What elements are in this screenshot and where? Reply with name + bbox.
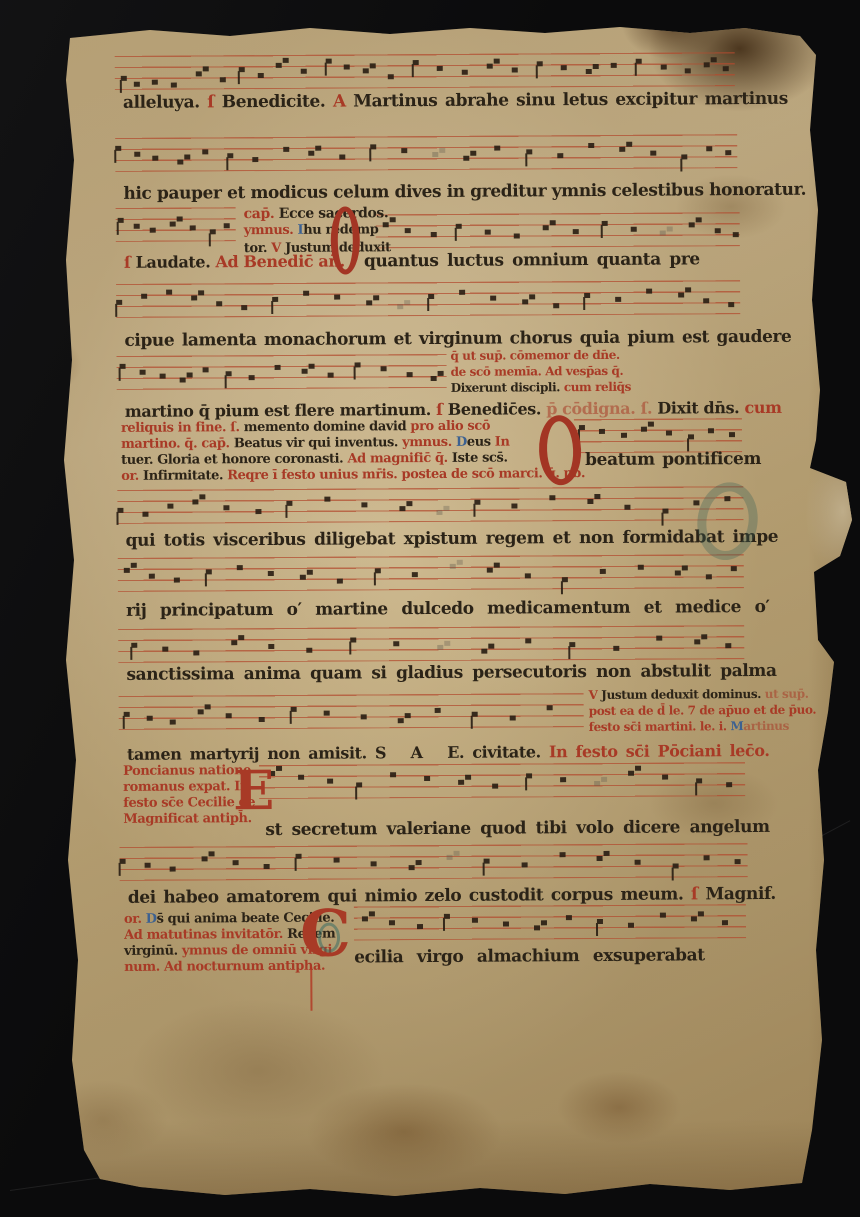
text-segment-rub: ymnus. (402, 435, 456, 450)
neume-icon (390, 772, 396, 777)
text-line: hic pauper et modicus celum dives in gre… (123, 181, 806, 205)
neume-icon (283, 147, 289, 152)
neume-icon (167, 504, 173, 509)
neume-icon (202, 367, 208, 372)
neume-icon (562, 577, 568, 582)
neume-icon (276, 63, 282, 68)
neume-icon (325, 59, 331, 64)
text-segment-rub: In festo sc̄i Pōciani lec̄o. (549, 741, 770, 761)
neume-icon (160, 374, 166, 379)
neume-icon (133, 82, 139, 87)
neume-icon (703, 298, 709, 303)
text-segment-ink: Iste scs̄. (452, 451, 508, 466)
neume-icon (534, 925, 540, 930)
neume-icon (621, 433, 627, 438)
neume-icon (693, 500, 699, 505)
neume-icon (704, 62, 710, 67)
neume-icon (694, 639, 700, 644)
neume-icon (417, 924, 423, 929)
neume-icon (619, 147, 625, 152)
text-segment-rub: ſ (691, 884, 706, 904)
neume-icon (374, 568, 380, 573)
neume-icon (587, 499, 593, 504)
neume-icon (512, 503, 518, 508)
text-line: quantus luctus omnium quanta pre (364, 250, 700, 272)
neume-icon (286, 501, 292, 506)
text-segment-ink: Magnif. (705, 884, 775, 904)
neume-icon (613, 646, 619, 651)
neume-icon (153, 156, 159, 161)
music-staff (120, 843, 748, 881)
neume-icon (526, 149, 532, 154)
neume-icon (224, 223, 230, 228)
neume-icon (708, 428, 714, 433)
initial-E-est: E (233, 763, 275, 817)
text-segment-rub: Ad matutinas invitatōr. (124, 927, 287, 943)
neume-icon (174, 578, 180, 583)
neume-icon (512, 67, 518, 72)
neume-icon (190, 225, 196, 230)
neume-icon (291, 707, 297, 712)
neume-icon (657, 636, 663, 641)
text-segment-rub: ymnus. (244, 223, 298, 238)
neume-icon (116, 300, 122, 305)
neume-icon (226, 713, 232, 718)
text-segment-ink: tamen martyrij non amisit. S A E. civita… (127, 742, 549, 764)
music-staff (117, 486, 743, 524)
neume-icon (662, 509, 668, 514)
neume-icon (412, 572, 418, 577)
neume-icon (572, 229, 578, 234)
neume-icon (678, 292, 684, 297)
text-line: ecilia virgo almachium exsuperabat (354, 946, 705, 968)
neume-icon (198, 709, 204, 714)
neume-icon (323, 711, 329, 716)
text-segment-rub: ſ (207, 92, 222, 112)
text-segment-rub: martino. q̄. cap̄. (121, 436, 234, 452)
text-line: alleluya. ſ Benedicite. A Martinus abrah… (123, 90, 788, 114)
neume-icon (333, 858, 339, 863)
neume-icon (597, 919, 603, 924)
neume-icon (459, 290, 465, 295)
neume-icon (435, 708, 441, 713)
neume-icon (227, 153, 233, 158)
neume-icon (225, 371, 231, 376)
music-staff (118, 554, 744, 592)
neume-icon (559, 852, 565, 857)
neume-icon (611, 63, 617, 68)
neume-icon (672, 863, 678, 868)
neume-icon (491, 296, 497, 301)
neume-icon (257, 73, 263, 78)
neume-icon (481, 649, 487, 654)
neume-icon (691, 916, 697, 921)
neume-icon (597, 856, 603, 861)
text-line: num. Ad nocturnum antipha. (124, 960, 325, 976)
neume-icon (356, 782, 362, 787)
music-staff (376, 212, 740, 248)
neume-icon (474, 500, 480, 505)
neume-icon (220, 77, 226, 82)
neume-icon (147, 716, 153, 721)
neume-icon (450, 564, 456, 569)
neume-icon (120, 859, 126, 864)
neume-icon (430, 376, 436, 381)
text-line: sanctissima anima quam si gladius persec… (126, 662, 776, 686)
neume-icon (370, 144, 376, 149)
neume-icon (624, 505, 630, 510)
neume-icon (525, 638, 531, 643)
text-line: rij principatum o′ martine dulcedo medic… (126, 598, 770, 621)
neume-icon (360, 714, 366, 719)
neume-icon (601, 221, 607, 226)
neume-icon (588, 143, 594, 148)
manuscript-content: alleluya. ſ Benedicite. A Martinus abrah… (0, 0, 860, 1217)
text-line: cap̄. Ecce sacerdos. (244, 205, 389, 222)
text-segment-blu: D (456, 435, 467, 450)
neume-icon (553, 303, 559, 308)
neume-icon (327, 779, 333, 784)
text-segment-rub: V (589, 688, 602, 702)
neume-icon (408, 865, 414, 870)
neume-icon (689, 222, 695, 227)
music-staff (115, 52, 735, 90)
neume-icon (149, 574, 155, 579)
neume-icon (660, 231, 666, 236)
neume-icon (363, 68, 369, 73)
text-segment-rub: Ad Benedic̄ an̄. (215, 252, 344, 272)
neume-icon (728, 302, 734, 307)
neume-icon (145, 863, 151, 868)
neume-icon (209, 229, 215, 234)
neume-icon (142, 512, 148, 517)
music-staff (574, 418, 742, 453)
text-segment-ink: qui totis visceribus diligebat xpistum r… (126, 527, 779, 551)
neume-icon (650, 151, 656, 156)
neume-icon (202, 149, 208, 154)
neume-icon (666, 431, 672, 436)
neume-icon (324, 497, 330, 502)
music-staff (354, 904, 746, 940)
neume-icon (193, 650, 199, 655)
neume-icon (437, 66, 443, 71)
neume-icon (566, 915, 572, 920)
neume-icon (543, 225, 549, 230)
text-segment-rub: A (333, 91, 353, 111)
neume-icon (344, 64, 350, 69)
neume-icon (252, 157, 258, 162)
neume-icon (371, 861, 377, 866)
text-segment-rub: Reqre ī festo unius mr̄is. postea de scō… (227, 466, 585, 483)
neume-icon (177, 159, 183, 164)
text-segment-rub: romanus expat. In (123, 779, 249, 795)
neume-icon (660, 913, 666, 918)
neume-icon (118, 218, 124, 223)
neume-icon (192, 499, 198, 504)
neume-icon (706, 146, 712, 151)
neume-icon (615, 297, 621, 302)
neume-icon (231, 640, 237, 645)
text-line: tamen martyrij non amisit. S A E. civita… (127, 742, 770, 764)
neume-icon (388, 74, 394, 79)
text-segment-ink: sanctissima anima quam si gladius persec… (126, 661, 776, 685)
neume-icon (299, 575, 305, 580)
music-staff (118, 625, 744, 663)
neume-icon (306, 648, 312, 653)
text-segment-ink: Beatus vir qui inventus. (234, 435, 402, 451)
text-segment-blu: M (730, 719, 743, 733)
neume-icon (536, 61, 542, 66)
neume-icon (732, 232, 738, 237)
neume-icon (428, 294, 434, 299)
text-segment-ink: martino q̄ pium est flere martinum. (125, 400, 436, 421)
text-lines: alleluya. ſ Benedicite. A Martinus abrah… (0, 0, 856, 3)
neume-icon (269, 644, 275, 649)
text-segment-rub: reliquis in fine. ſ. (121, 420, 244, 436)
text-line: or. Infirmitate. Reqre ī festo unius mr̄… (121, 467, 585, 485)
text-segment-ink: Justum deduxit dominus. (601, 687, 765, 702)
text-line: V Justum deduxit dominus. ut sup̄. (589, 688, 809, 703)
neume-icon (487, 568, 493, 573)
neume-icon (362, 502, 368, 507)
text-segment-ink: rij principatum o′ martine dulcedo medic… (126, 597, 770, 621)
text-line: q̄ ut sup̄. cōmemor de dn̄e. (450, 349, 619, 364)
text-line: de scō memīa. Ad vesp̄as q̄. (451, 365, 624, 380)
text-line: qui totis visceribus diligebat xpistum r… (126, 528, 779, 552)
text-segment-ink: ecilia virgo almachium exsuperabat (354, 945, 705, 967)
neume-icon (339, 155, 345, 160)
neume-icon (492, 784, 498, 789)
neume-icon (149, 228, 155, 233)
neume-icon (637, 565, 643, 570)
neume-icon (170, 222, 176, 227)
neume-icon (725, 150, 731, 155)
neume-icon (628, 923, 634, 928)
neume-icon (268, 571, 274, 576)
neume-icon (412, 60, 418, 65)
text-line: post ea de d̄ le. 7 de ap̄uo et de p̄uo. (589, 704, 817, 719)
neume-icon (407, 372, 413, 377)
text-segment-rub: or. (121, 469, 143, 484)
neume-icon (735, 859, 741, 864)
neume-icon (696, 778, 702, 783)
neume-icon (124, 568, 130, 573)
neume-icon (660, 65, 666, 70)
neume-icon (258, 717, 264, 722)
neume-icon (675, 570, 681, 575)
text-segment-blu: D (146, 912, 157, 927)
neume-icon (224, 505, 230, 510)
neume-icon (191, 295, 197, 300)
neume-icon (328, 373, 334, 378)
text-segment-rub: In (495, 435, 510, 450)
neume-icon (295, 854, 301, 859)
text-segment-rub: pro alio scō (410, 419, 490, 434)
text-line: st secretum valeriane quod tibi volo dic… (265, 818, 769, 841)
neume-icon (233, 860, 239, 865)
neume-icon (725, 643, 731, 648)
neume-icon (117, 508, 123, 513)
text-segment-ink: Laudate. (136, 252, 216, 271)
neume-icon (354, 362, 360, 367)
text-segment-rub: festo sc̄i martini. le. i. (589, 719, 731, 734)
neume-icon (722, 66, 728, 71)
neume-icon (726, 782, 732, 787)
text-segment-ink: Dixit dn̄s. (657, 398, 744, 418)
neume-icon (432, 152, 438, 157)
neume-icon (503, 922, 509, 927)
neume-icon (662, 775, 668, 780)
neume-icon (275, 365, 281, 370)
neume-icon (401, 148, 407, 153)
neume-icon (170, 720, 176, 725)
neume-icon (389, 920, 395, 925)
neume-icon (600, 569, 606, 574)
music-staves (0, 0, 856, 3)
neume-icon (464, 156, 470, 161)
text-segment-ink: hic pauper et modicus celum dives in gre… (123, 180, 806, 204)
neume-icon (485, 230, 491, 235)
neume-icon (121, 76, 127, 81)
text-segment-ink: virginū. (124, 944, 182, 959)
text-segment-ink: alleluya. (123, 92, 207, 113)
text-line: romanus expat. In (123, 780, 249, 796)
initial-C-flourish (318, 923, 340, 953)
neume-icon (170, 867, 176, 872)
neume-icon (337, 579, 343, 584)
neume-icon (484, 859, 490, 864)
neume-icon (584, 293, 590, 298)
neume-icon (301, 69, 307, 74)
neume-icon (444, 914, 450, 919)
neume-icon (438, 645, 444, 650)
text-segment-rub: q̄ ut sup̄. cōmemor de dn̄e. (450, 348, 619, 363)
neume-icon (141, 294, 147, 299)
neume-icon (397, 304, 403, 309)
text-segment-rub: Poncianus natione (123, 763, 251, 779)
text-segment-ink: beatum pontificem (585, 449, 761, 470)
neume-icon (579, 425, 585, 430)
music-staff (116, 207, 236, 242)
neume-icon (706, 574, 712, 579)
neume-icon (495, 146, 501, 151)
text-segment-ink: st secretum valeriane quod tibi volo dic… (265, 817, 769, 840)
neume-icon (249, 375, 255, 380)
neume-icon (383, 222, 389, 227)
neume-icon (430, 232, 436, 237)
music-staff (119, 693, 584, 730)
music-staff (259, 762, 745, 799)
text-segment-rub: cap̄. (244, 206, 279, 222)
neume-icon (731, 566, 737, 571)
neume-icon (350, 637, 356, 642)
text-line: Dixerunt discipli. cum reliq̄s (451, 381, 631, 396)
text-segment-rbf: artinus (743, 719, 789, 733)
neume-icon (635, 860, 641, 865)
text-line: beatum pontificem (585, 450, 761, 471)
neume-icon (688, 434, 694, 439)
neume-icon (646, 289, 652, 294)
neume-icon (394, 641, 400, 646)
neume-icon (549, 495, 555, 500)
text-line: dei habeo amatorem qui nimio zelo custod… (128, 885, 776, 909)
text-segment-rub: or. (124, 912, 146, 927)
neume-icon (152, 80, 158, 85)
neume-icon (398, 718, 404, 723)
neume-icon (171, 83, 177, 88)
neume-icon (140, 370, 146, 375)
neume-icon (685, 68, 691, 73)
neume-icon (162, 647, 168, 652)
photo-background: alleluya. ſ Benedicite. A Martinus abrah… (0, 0, 860, 1217)
neume-icon (586, 69, 592, 74)
neume-icon (514, 233, 520, 238)
neume-icon (472, 712, 478, 717)
neume-icon (714, 228, 720, 233)
neume-icon (635, 59, 641, 64)
neume-icon (120, 364, 126, 369)
neume-icon (308, 151, 314, 156)
neume-icon (729, 432, 735, 437)
neume-icon (458, 780, 464, 785)
text-segment-ink: Infirmitate. (143, 468, 227, 484)
neume-icon (335, 295, 341, 300)
text-segment-rbf: ut sup̄. (765, 687, 809, 701)
text-segment-ink: eus (467, 435, 495, 450)
neume-icon (115, 146, 121, 151)
neume-icon (456, 224, 462, 229)
neume-icon (362, 916, 368, 921)
neume-icon (546, 705, 552, 710)
neume-icon (704, 855, 710, 860)
text-segment-ink: Benedicite. (222, 92, 333, 113)
neume-icon (462, 70, 468, 75)
neume-icon (134, 152, 140, 157)
neume-icon (681, 154, 687, 159)
neume-icon (569, 642, 575, 647)
neume-icon (303, 291, 309, 296)
neume-icon (487, 64, 493, 69)
neume-icon (509, 715, 515, 720)
neume-icon (381, 366, 387, 371)
neume-icon (522, 299, 528, 304)
neume-icon (179, 377, 185, 382)
neume-icon (298, 775, 304, 780)
neume-icon (131, 643, 137, 648)
neume-icon (166, 290, 172, 295)
text-segment-ink: quantus luctus omnium quanta pre (364, 249, 700, 271)
initial-O-quantus (331, 206, 360, 274)
neume-icon (424, 776, 430, 781)
neume-icon (405, 228, 411, 233)
text-segment-ink: Martinus abrahe sinu letus excipitur mar… (353, 89, 788, 112)
text-segment-rub: ſ (436, 400, 448, 419)
neume-icon (237, 565, 243, 570)
neume-icon (526, 773, 532, 778)
neume-icon (631, 227, 637, 232)
text-segment-rub: post ea de d̄ le. 7 de ap̄uo et de p̄uo. (589, 703, 817, 718)
neume-icon (641, 427, 647, 432)
text-segment-rub: ſ (124, 253, 136, 272)
text-line: Poncianus natione (123, 764, 251, 780)
text-segment-rub: cum reliq̄s (564, 380, 631, 394)
neume-icon (561, 65, 567, 70)
text-segment-ink: cipue lamenta monachorum et virginum cho… (124, 327, 791, 351)
music-staff (115, 134, 737, 172)
neume-icon (366, 300, 372, 305)
initial-C-tail (310, 967, 312, 1011)
text-segment-ink: Benedic̄es. (448, 399, 547, 419)
